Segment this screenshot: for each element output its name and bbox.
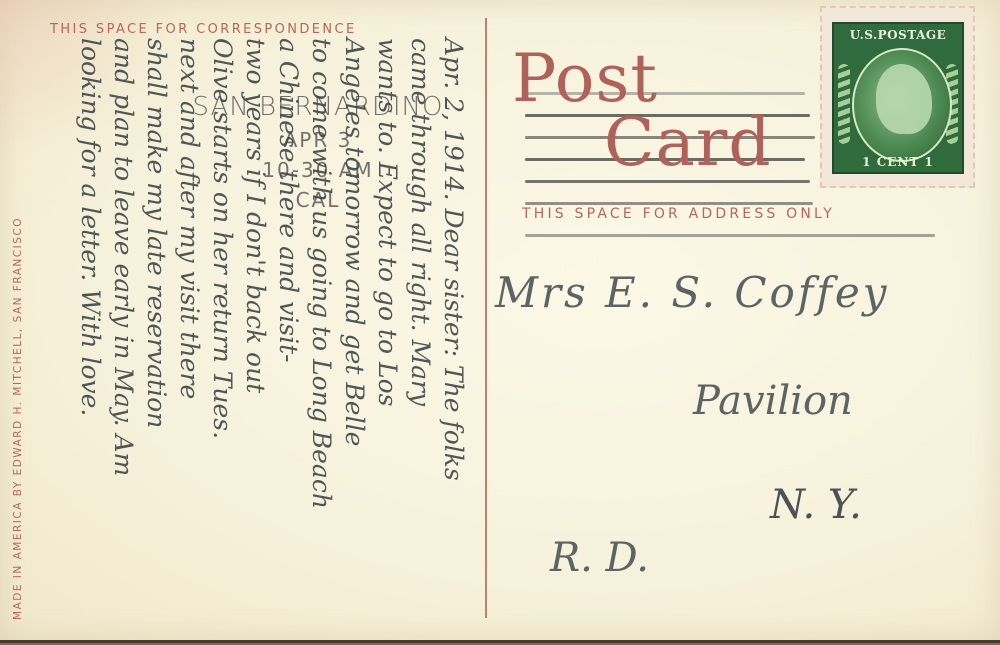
laurel-wreath-icon [838,64,850,144]
handwritten-message: Apr. 2, 1914. Dear sister: The folks cam… [74,38,470,638]
message-line: to come with us going to Long Beach [305,38,338,638]
address-state: N. Y. [770,482,862,528]
washington-profile-icon [876,64,932,134]
message-line: Apr. 2, 1914. Dear sister: The folks [437,38,470,638]
address-recipient-name: Mrs E. S. Coffey [495,268,889,317]
message-line: next and after my visit there [173,38,206,638]
message-line: a Chinese there and visit- [272,38,305,638]
message-line: wants to. Expect to go to Los [371,38,404,638]
message-line: came through all right. Mary [404,38,437,638]
stamp-design: U.S.POSTAGE 1 CENT 1 [832,22,964,174]
publisher-credit: MADE IN AMERICA BY EDWARD H. MITCHELL, S… [12,217,24,620]
postcard: THIS SPACE FOR CORRESPONDENCE MADE IN AM… [0,0,1000,643]
message-line: and plan to leave early in May. Am [107,38,140,638]
message-line: Olive starts on her return Tues. [206,38,239,638]
address-label: THIS SPACE FOR ADDRESS ONLY [522,206,835,222]
correspondence-label: THIS SPACE FOR CORRESPONDENCE [50,22,357,37]
message-line: shall make my late reservation [140,38,173,638]
message-line: Angeles tomorrow and get Belle [338,38,371,638]
stamp-portrait-oval [852,48,952,162]
postcard-title-card: Card [604,104,772,181]
postage-stamp: U.S.POSTAGE 1 CENT 1 [820,6,975,188]
stamp-denomination: 1 CENT 1 [834,155,962,169]
address-town: Pavilion [693,378,853,424]
message-line: two years if I don't back out [239,38,272,638]
address-rural-delivery: R. D. [550,535,649,581]
center-divider-line [485,18,487,618]
message-line: looking for a letter. With love. [74,38,107,638]
stamp-top-text: U.S.POSTAGE [834,28,962,42]
